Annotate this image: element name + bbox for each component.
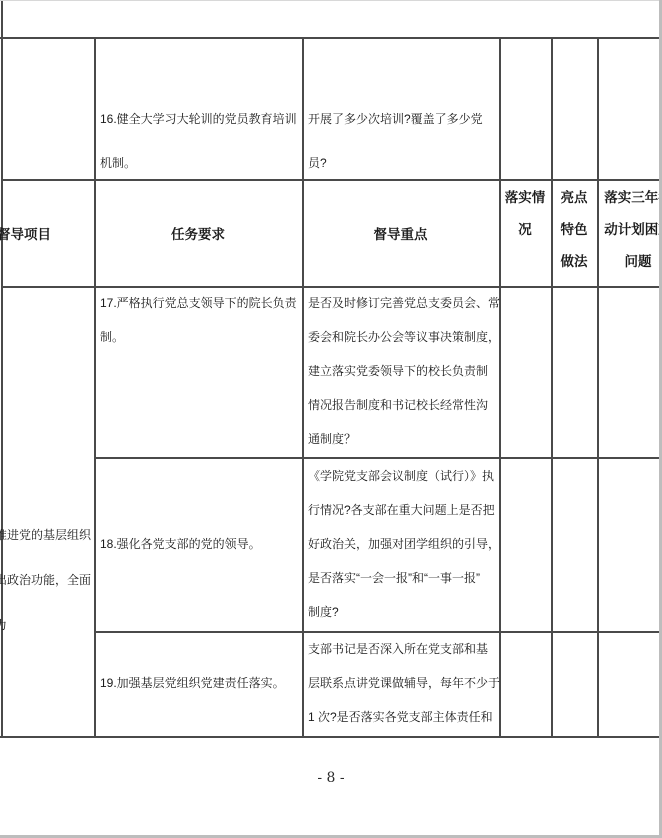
- highlight-cell-17-empty: [553, 288, 595, 455]
- header-focus: 督导重点: [304, 179, 497, 286]
- document-page: 16.健全大学习大轮训的党员教育培训机制。 开展了多少次培训?覆盖了多少党员? …: [0, 0, 662, 838]
- project-cell: 推进党的基层组织出政治功能，全面力: [0, 513, 100, 648]
- highlight-cell-16-empty: [553, 39, 595, 177]
- page-edge-top: [0, 0, 662, 1]
- plan-cell-16-empty: [599, 39, 662, 177]
- header-project: 督导项目: [0, 179, 60, 286]
- status-cell-19-empty: [501, 633, 549, 734]
- focus-cell-16: 开展了多少次培训?覆盖了多少党员?: [308, 97, 499, 185]
- task-cell-19: 19.加强基层党组织党建责任落实。: [100, 666, 302, 700]
- focus-cell-19: 支部书记是否深入所在党支部和基层联系点讲党课做辅导，每年不少于1 次?是否落实各…: [308, 632, 500, 734]
- plan-cell-18-empty: [599, 459, 662, 629]
- plan-cell-17-empty: [599, 288, 662, 455]
- table-border-bottom: [0, 736, 662, 738]
- task-cell-18: 18.强化各党支部的党的领导。: [100, 527, 302, 561]
- focus-cell-17: 是否及时修订完善党总支委员会、常委会和院长办公会等议事决策制度，建立落实党委领导…: [308, 286, 500, 456]
- highlight-cell-18-empty: [553, 459, 595, 629]
- plan-cell-19-empty: [599, 633, 662, 734]
- task-cell-16: 16.健全大学习大轮训的党员教育培训机制。: [100, 97, 302, 185]
- header-task: 任务要求: [96, 179, 300, 286]
- status-cell-16-empty: [501, 39, 549, 177]
- header-highlight: 亮点特色做法: [553, 182, 595, 278]
- header-plan: 落实三年行动计划困难问题: [599, 182, 662, 278]
- task-cell-17: 17.严格执行党总支领导下的院长负责制。: [100, 286, 302, 354]
- status-cell-18-empty: [501, 459, 549, 629]
- header-status: 落实情况: [501, 182, 549, 246]
- focus-cell-18: 《学院党支部会议制度（试行）》执行情况?各支部在重大问题上是否把好政治关，加强对…: [308, 459, 500, 629]
- page-number: - 8 -: [0, 765, 662, 791]
- status-cell-17-empty: [501, 288, 549, 455]
- highlight-cell-19-empty: [553, 633, 595, 734]
